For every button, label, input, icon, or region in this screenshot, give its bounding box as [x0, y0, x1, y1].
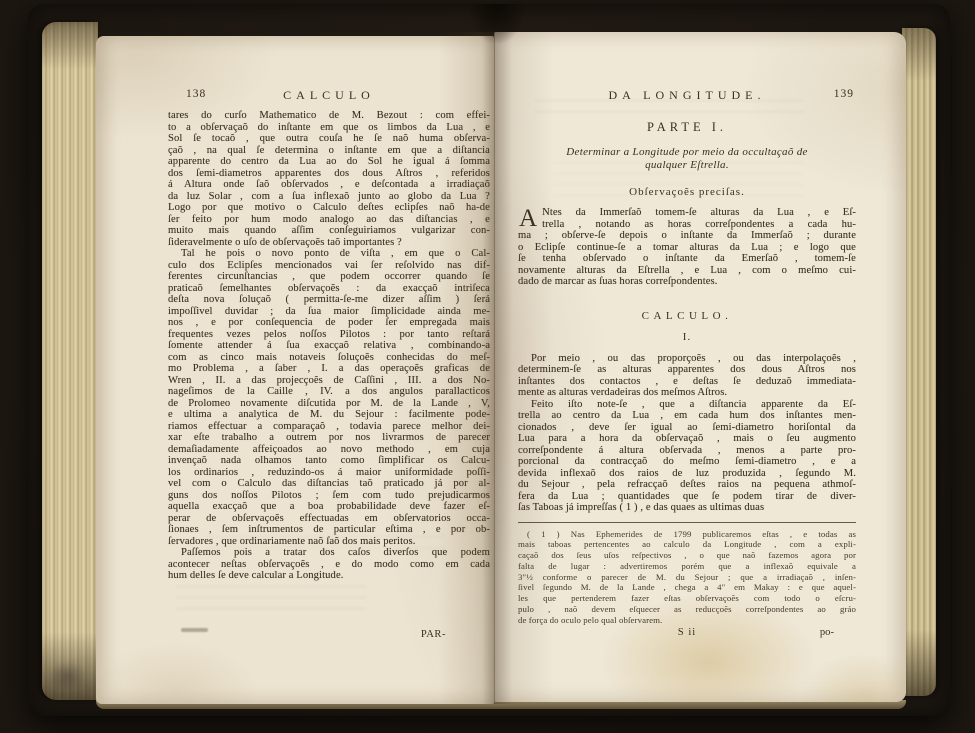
text-line: perar de obſervaçoẽs effectuadas em obſe… — [168, 513, 490, 525]
text-line: ſer feito por hum modo analogo ao das di… — [168, 214, 490, 226]
text-line: acontecer neſtas obſervaçoẽs , e do modo… — [168, 559, 490, 571]
text-line: e ultima a analytica de M. du Sejour : f… — [168, 409, 490, 421]
text-line: o Eclipſe continue-ſe a tomar alturas da… — [518, 242, 856, 254]
observations-paragraph: A Ntes da Immerſaõ tomem-ſe alturas da L… — [518, 207, 856, 288]
text-line: dado de marcar as ſuas horas correſponde… — [518, 276, 856, 288]
text-line: correſpondente á altura obſervada , meno… — [518, 445, 856, 457]
text-line: ſideravelmente o uſo de obſervaçoẽs taõ … — [168, 237, 490, 249]
text-line: Logo por que motivo o Calculo deſtes ecl… — [168, 202, 490, 214]
text-line: ſervadores , que ordinariamente naõ ſaõ … — [168, 536, 490, 548]
text-line: frequentes vezes pelos noſſos Pilotos : … — [168, 329, 490, 341]
page-number-right: 139 — [834, 88, 854, 100]
text-line: ſas Taboas já impreſſas ( 1 ) , e das qu… — [518, 502, 856, 514]
text-line: to a obſervaçaõ do inſtante em que os li… — [168, 122, 490, 134]
text-line: Por meio , ou das proporçoẽs , ou das in… — [518, 353, 856, 365]
text-line: demaſiadamente affeiçoados ao novo metho… — [168, 444, 490, 456]
page-edges-right — [902, 28, 936, 696]
text-line: nos , e por conſequencia de poder ſer em… — [168, 317, 490, 329]
text-line: hum delles ſe deve calcular a Longitude. — [168, 570, 490, 582]
subtitle-line: Determinar a Longitude por meio da occul… — [518, 146, 856, 159]
text-line: dos ſemi-diametros apparentes dos dous A… — [168, 168, 490, 180]
footnote-line: mais taboas pertencentes ao calculo da L… — [518, 539, 856, 550]
footnote-rule — [518, 522, 856, 523]
subtitle-line: qualquer Eſtrella. — [518, 159, 856, 172]
text-line: porcional da contracçaõ do meſmo ſemi-di… — [518, 456, 856, 468]
text-line: los ordinarios , reduzindo-os á maior un… — [168, 467, 490, 479]
signature-row: S ii po- — [518, 627, 856, 638]
text-line: mente as alturas verdadeiras dos meſmos … — [518, 387, 856, 399]
text-line: da luz Solar , com a ſua inflexaõ junto … — [168, 191, 490, 203]
section-heading: Obſervaçoẽs preciſas. — [518, 186, 856, 198]
text-line: ſomente attender á ſua exacçaõ relativa … — [168, 340, 490, 352]
text-line: trella ao centro da Lua , em cada hum do… — [518, 410, 856, 422]
footnote-line: les que pertenderem fazer eſtas obſervaç… — [518, 593, 856, 604]
footnote-line: ( 1 ) Nas Ephemerides de 1799 publicarem… — [518, 529, 856, 540]
page-number-left: 138 — [186, 88, 206, 100]
text-line: com as cinco mais notaveis ſoluçoẽs conh… — [168, 352, 490, 364]
catchword-left: PAR- — [168, 629, 490, 640]
text-line: inſtantes dos contactos , e deſtas ſe de… — [518, 376, 856, 388]
text-line: devida inflexaõ dos raios de luz produzi… — [518, 468, 856, 480]
text-line: á Altura onde ſaõ obſervados , e deſcont… — [168, 179, 490, 191]
text-line: vel com o Calculo das diſtancias taõ pra… — [168, 478, 490, 490]
drop-cap: A — [519, 208, 537, 230]
text-line: de Prolomeo novamente diſcutida por M. d… — [168, 398, 490, 410]
text-line: deſta nova ſoluçaõ ( permitta-ſe-me dize… — [168, 294, 490, 306]
text-line: ſionaes , ſem inſtrumentos de particular… — [168, 524, 490, 536]
running-title-left: CALCULO — [168, 88, 490, 103]
footnote-line: de força do oculo pelo qual obſervarem. — [518, 615, 856, 626]
text-line: Feito iſto note-ſe , que a diſtancia app… — [518, 399, 856, 411]
signature-mark: S ii — [678, 627, 696, 638]
text-line: aquella exacçaõ que a boa probabilidade … — [168, 501, 490, 513]
text-line: mo Problema , a ſaber , I. a das operaço… — [168, 363, 490, 375]
text-line: cionados , deve ſer igual ao ſemi-diamet… — [518, 422, 856, 434]
footnote-line: pulo , naõ devem eſquecer as reducçoẽs c… — [518, 604, 856, 615]
right-page-body: Por meio , ou das proporçoẽs , ou das in… — [518, 353, 856, 514]
text-line: xar eſte trabalho a outrem por nos livra… — [168, 432, 490, 444]
footnote-line: falta de lugar : advertiremos porém que … — [518, 561, 856, 572]
text-line: muito mais quando aſſim conſeguiriamos v… — [168, 225, 490, 237]
text-line: culo dos Eclipſes mencionados vai ſer re… — [168, 260, 490, 272]
left-page: 138 CALCULO tares do curſo Mathematico d… — [96, 36, 494, 704]
left-page-header: 138 CALCULO — [168, 88, 490, 104]
book-photo: 138 CALCULO tares do curſo Mathematico d… — [0, 0, 975, 733]
text-line: fera da Lua ; quantidades que ſe podem t… — [518, 491, 856, 503]
text-line: trella , notando as horas correſpondente… — [518, 219, 856, 231]
text-line: praticaõ ſemelhantes obſervaçoẽs : da ex… — [168, 283, 490, 295]
part-subtitle: Determinar a Longitude por meio da occul… — [518, 146, 856, 172]
part-heading: PARTE I. — [518, 120, 856, 135]
calc-heading: CALCULO. — [518, 310, 856, 322]
text-line: Sol ſe tocaõ , que outra couſa he ſe naõ… — [168, 133, 490, 145]
text-line: Tal he pois o novo ponto de viſta , em q… — [168, 248, 490, 260]
footnote: ( 1 ) Nas Ephemerides de 1799 publicarem… — [518, 529, 856, 626]
text-line: apparente do centro da Lua ao do Sol he … — [168, 156, 490, 168]
footnote-line: ſivel ſegundo M. de la Lande , chega a 4… — [518, 582, 856, 593]
footnote-line: caçaõ dos ſeus uſos reſpectivos , o que … — [518, 550, 856, 561]
page-seam — [494, 32, 495, 702]
text-line: Paſſemos pois a tratar dos caſos diverſo… — [168, 547, 490, 559]
running-title-right: DA LONGITUDE. — [518, 88, 856, 103]
text-line: nageſimos de la Caille , IV. a dos angul… — [168, 386, 490, 398]
section-numeral: I. — [518, 331, 856, 343]
footnote-line: 3″½ conforme o parecer de M. du Sejour ;… — [518, 572, 856, 583]
edge-smudge — [48, 662, 86, 692]
right-page: DA LONGITUDE. 139 PARTE I. Determinar a … — [494, 32, 906, 702]
right-page-header: DA LONGITUDE. 139 — [518, 88, 856, 104]
text-line: guns dos noſſos Pilotos ; ſem com tudo p… — [168, 490, 490, 502]
catchword-right: po- — [696, 627, 856, 638]
text-line: çaõ , na qual ſe determina o inſtante em… — [168, 145, 490, 157]
text-line: riamos effectuar a comparaçaõ , todavia … — [168, 421, 490, 433]
text-line: ferentes circunſtancias , que podem occo… — [168, 271, 490, 283]
page-edges-left — [42, 22, 98, 700]
text-line: Wren , II. a das projecçoẽs de Caſſini ,… — [168, 375, 490, 387]
text-line: determinem-ſe as alturas apparentes dos … — [518, 364, 856, 376]
text-line: du Sejour , pela refracçaõ deſtes raios … — [518, 479, 856, 491]
text-line: Ntes da Immerſaõ tomem-ſe alturas da Lua… — [518, 207, 856, 219]
text-line: tares do curſo Mathematico de M. Bezout … — [168, 110, 490, 122]
text-line: novamente alturas da Eſtrella , e Lua , … — [518, 265, 856, 277]
text-line: invençaõ nada olhamos tanto como ſimplif… — [168, 455, 490, 467]
text-line: Lua para a hora da obſervaçaõ , mais o ſ… — [518, 433, 856, 445]
text-line: ma ; obſerve-ſe depois o inſtante da Imm… — [518, 230, 856, 242]
text-line: impoſſivel duvidar ; da ſua maior ſimpli… — [168, 306, 490, 318]
text-line: ſe tenha obſervado o inſtante da Emerſaõ… — [518, 253, 856, 265]
left-page-body: tares do curſo Mathematico de M. Bezout … — [168, 110, 490, 582]
